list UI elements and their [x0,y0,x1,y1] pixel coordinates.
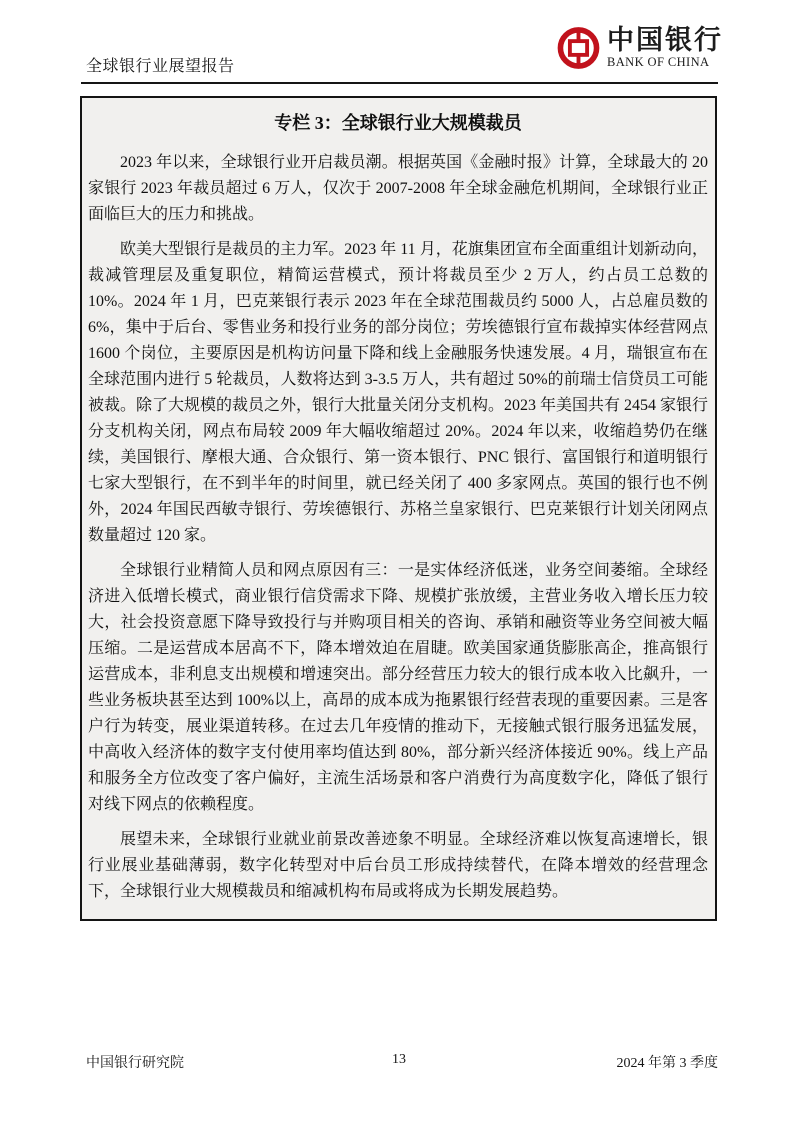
paragraph-three-reasons: 全球银行业精简人员和网点原因有三：一是实体经济低迷，业务空间萎缩。全球经济进入低… [88,558,708,818]
bank-of-china-logo: 中国银行 BANK OF CHINA [557,24,723,72]
page-footer: 中国银行研究院 13 2024 年第 3 季度 [80,1052,718,1072]
report-title: 全球银行业展望报告 [86,53,235,76]
header-divider [81,82,718,84]
column-title: 专栏 3：全球银行业大规模裁员 [88,111,708,135]
logo-english-name: BANK OF CHINA [607,55,723,70]
paragraph-outlook: 展望未来，全球银行业就业前景改善迹象不明显。全球经济难以恢复高速增长，银行业展业… [88,827,708,905]
boc-emblem-icon [557,24,600,72]
document-page: 全球银行业展望报告 中国银行 BANK OF CHINA 专栏 3：全球银行业大… [0,0,793,1122]
paragraph-layoff-details: 欧美大型银行是裁员的主力军。2023 年 11 月，花旗集团宣布全面重组计划新动… [88,237,708,549]
paragraph-intro: 2023 年以来，全球银行业开启裁员潮。根据英国《金融时报》计算，全球最大的 2… [88,150,708,228]
column-3-box: 专栏 3：全球银行业大规模裁员 2023 年以来，全球银行业开启裁员潮。根据英国… [80,96,717,921]
logo-chinese-name: 中国银行 [607,26,723,55]
footer-issue: 2024 年第 3 季度 [617,1052,719,1072]
logo-wordmark: 中国银行 BANK OF CHINA [607,26,723,70]
